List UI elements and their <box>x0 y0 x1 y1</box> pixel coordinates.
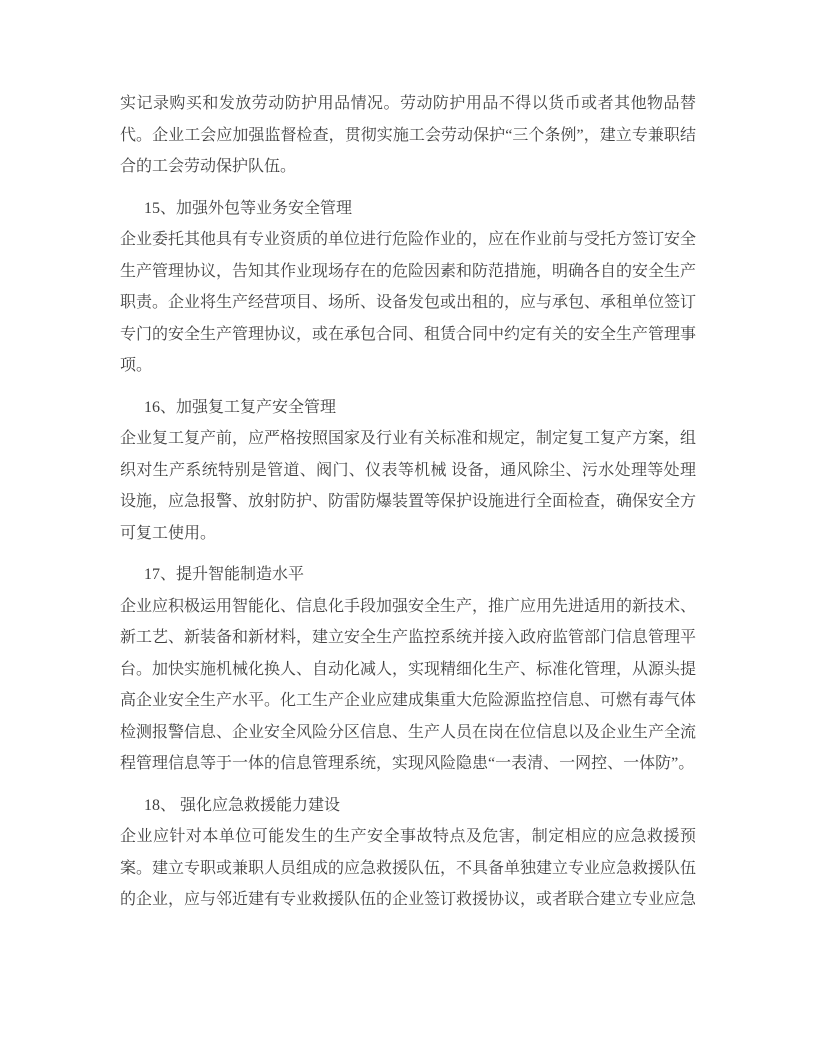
heading-section-17-smart-manufacturing: 17、提升智能制造水平 <box>120 559 696 591</box>
paragraph-section-18-body: 企业应针对本单位可能发生的生产安全事故特点及危害，制定相应的应急救援预案。建立专… <box>120 821 696 916</box>
document-body: 实记录购买和发放劳动防护用品情况。劳动防护用品不得以货币或者其他物品替代。企业工… <box>120 88 696 916</box>
paragraph-labor-protection-continuation: 实记录购买和发放劳动防护用品情况。劳动防护用品不得以货币或者其他物品替代。企业工… <box>120 88 696 183</box>
heading-section-15-outsourcing-safety: 15、加强外包等业务安全管理 <box>120 193 696 225</box>
paragraph-section-15-body: 企业委托其他具有专业资质的单位进行危险作业的，应在作业前与受托方签订安全生产管理… <box>120 224 696 382</box>
paragraph-section-16-body: 企业复工复产前，应严格按照国家及行业有关标准和规定，制定复工复产方案，组织对生产… <box>120 423 696 549</box>
heading-section-18-emergency-rescue: 18、 强化应急救援能力建设 <box>120 790 696 822</box>
paragraph-section-17-body: 企业应积极运用智能化、信息化手段加强安全生产，推广应用先进适用的新技术、新工艺、… <box>120 591 696 780</box>
document-page: 实记录购买和发放劳动防护用品情况。劳动防护用品不得以货币或者其他物品替代。企业工… <box>0 0 816 1056</box>
heading-section-16-resumption-safety: 16、加强复工复产安全管理 <box>120 392 696 424</box>
